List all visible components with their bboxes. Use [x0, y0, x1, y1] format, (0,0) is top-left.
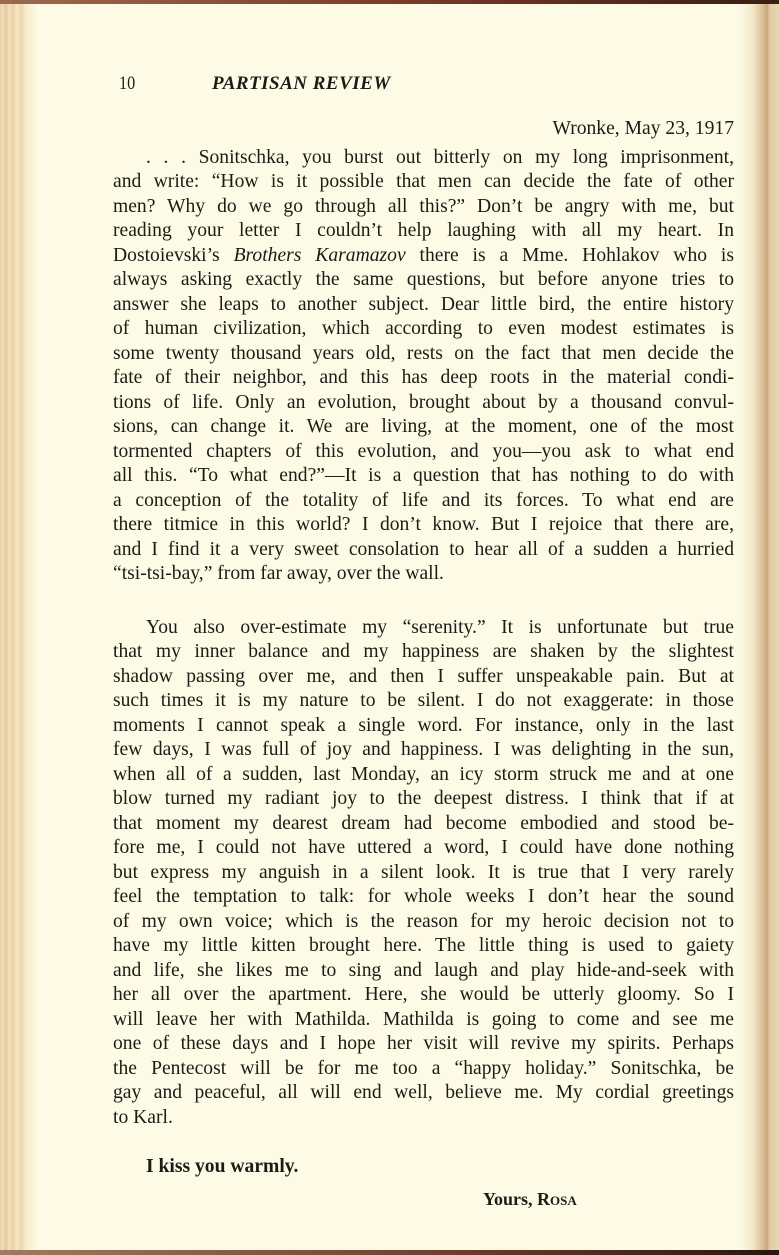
letter-signature: Yours, Rosa — [113, 1187, 734, 1212]
text-line: there titmice in this world? I don’t kno… — [113, 513, 734, 538]
letter-body: Wronke, May 23, 1917 . . . Sonitschka, y… — [113, 117, 734, 1211]
paragraph-1: . . . Sonitschka, you burst out bitterly… — [113, 146, 734, 587]
text-line: “tsi-tsi-bay,” from far away, over the w… — [113, 562, 734, 587]
text-line: answer she leaps to another subject. Dea… — [113, 293, 734, 318]
text-line: always asking exactly the same questions… — [113, 268, 734, 293]
text-line: reading your letter I couldn’t help laug… — [113, 219, 734, 244]
text-line: her all over the apartment. Here, she wo… — [113, 983, 734, 1008]
closing-text: I kiss you warmly. — [146, 1156, 298, 1177]
text-line: that my inner balance and my happiness a… — [113, 640, 734, 665]
text-line: and I find it a very sweet consolation t… — [113, 538, 734, 563]
text-line: You also over-estimate my “serenity.” It… — [113, 616, 734, 641]
text-line: few days, I was full of joy and happines… — [113, 738, 734, 763]
text-line: Dostoievski’s Brothers Karamazov there i… — [113, 244, 734, 269]
text-line: tormented chapters of this evolution, an… — [113, 440, 734, 465]
text-line: a conception of the totality of life and… — [113, 489, 734, 514]
signature-name: Rosa — [537, 1189, 577, 1209]
text-line: and life, she likes me to sing and laugh… — [113, 959, 734, 984]
text-line: have my little kitten brought here. The … — [113, 934, 734, 959]
text-line: such times it is my nature to be silent.… — [113, 689, 734, 714]
letter-dateline: Wronke, May 23, 1917 — [113, 117, 734, 142]
text-line: will leave her with Mathilda. Mathilda i… — [113, 1008, 734, 1033]
page-number: 10 — [119, 73, 135, 95]
journal-title: PARTISAN REVIEW — [212, 73, 391, 95]
text-line: all this. “To what end?”—It is a questio… — [113, 464, 734, 489]
book-page: 10 PARTISAN REVIEW Wronke, May 23, 1917 … — [0, 0, 779, 1255]
text-line: feel the temptation to talk: for whole w… — [113, 885, 734, 910]
text-line: of human civilization, which according t… — [113, 317, 734, 342]
paragraph-spacer — [113, 587, 734, 616]
signature-prefix: Yours, — [483, 1189, 537, 1209]
text-line: moments I cannot speak a single word. Fo… — [113, 714, 734, 739]
text-line: that moment my dearest dream had become … — [113, 812, 734, 837]
text-line: . . . Sonitschka, you burst out bitterly… — [113, 146, 734, 171]
text-line: and write: “How is it possible that men … — [113, 170, 734, 195]
text-line: of my own voice; which is the reason for… — [113, 910, 734, 935]
text-line: tions of life. Only an evolution, brough… — [113, 391, 734, 416]
letter-closing: I kiss you warmly. — [113, 1155, 734, 1180]
text-line: the Pentecost will be for me too a “happ… — [113, 1057, 734, 1082]
text-line: to Karl. — [113, 1106, 734, 1131]
text-line: fate of their neighbor, and this has dee… — [113, 366, 734, 391]
text-line: sions, can change it. We are living, at … — [113, 415, 734, 440]
text-line: one of these days and I hope her visit w… — [113, 1032, 734, 1057]
text-line: blow turned my radiant joy to the deepes… — [113, 787, 734, 812]
text-line: gay and peaceful, all will end well, bel… — [113, 1081, 734, 1106]
text-line: some twenty thousand years old, rests on… — [113, 342, 734, 367]
text-line: when all of a sudden, last Monday, an ic… — [113, 763, 734, 788]
text-line: men? Why do we go through all this?” Don… — [113, 195, 734, 220]
book-title: Brothers Karamazov — [234, 245, 406, 266]
text-line: shadow passing over me, and then I suffe… — [113, 665, 734, 690]
paragraph-2: You also over-estimate my “serenity.” It… — [113, 616, 734, 1131]
text-line: fore me, I could not have uttered a word… — [113, 836, 734, 861]
text-line: but express my anguish in a silent look.… — [113, 861, 734, 886]
running-head: 10 PARTISAN REVIEW — [119, 73, 679, 97]
